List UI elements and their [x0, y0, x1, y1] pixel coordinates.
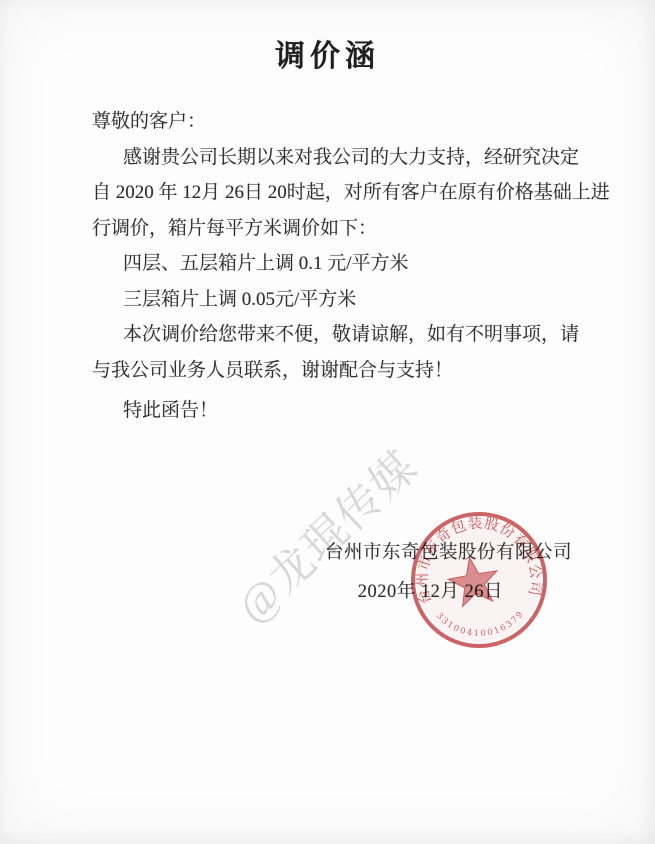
- body-line: 三层箱片上调 0.05元/平方米: [92, 282, 610, 318]
- body-line: 本次调价给您带来不便，敬请谅解，如有不明事项，请: [92, 317, 610, 353]
- body-line: 特此函告！: [92, 393, 610, 429]
- letter-body: 尊敬的客户： 感谢贵公司长期以来对我公司的大力支持，经研究决定 自 2020 年…: [92, 104, 610, 429]
- letter-page: 调价涵 尊敬的客户： 感谢贵公司长期以来对我公司的大力支持，经研究决定 自 20…: [0, 0, 655, 844]
- body-line: 感谢贵公司长期以来对我公司的大力支持，经研究决定: [92, 140, 610, 176]
- body-line: 行调价，箱片每平方米调价如下：: [92, 211, 610, 247]
- letter-title: 调价涵: [0, 31, 655, 75]
- salutation: 尊敬的客户：: [92, 104, 610, 140]
- body-line: 自 2020 年 12月 26日 20时起，对所有客户在原有价格基础上进: [92, 175, 610, 211]
- company-seal: 台州市东奇包装股份有限公司 33100410016379: [404, 505, 554, 655]
- body-line: 与我公司业务人员联系，谢谢配合与支持！: [92, 353, 610, 389]
- body-line: 四层、五层箱片上调 0.1 元/平方米: [92, 246, 610, 282]
